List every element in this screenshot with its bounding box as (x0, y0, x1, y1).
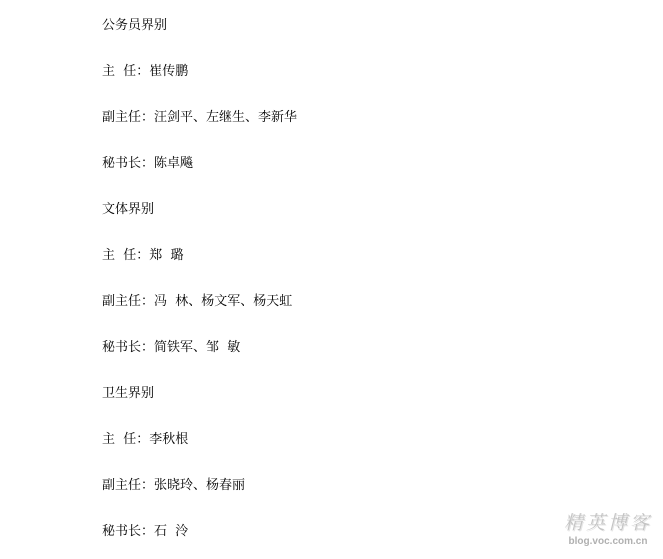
section-heading-health: 卫生界别 (102, 386, 154, 402)
secretary-general-line: 秘书长：石 泠 (102, 524, 188, 540)
secretary-general-line: 秘书长：简铁军、邹 敏 (102, 340, 240, 356)
director-line: 主 任：崔传鹏 (102, 64, 188, 80)
secretary-general-line: 秘书长：陈卓飚 (102, 156, 193, 172)
watermark-title: 精英博客 (558, 508, 658, 535)
deputy-director-line: 副主任：冯 林、杨文军、杨天虹 (102, 294, 292, 310)
section-heading-culture-sports: 文体界别 (102, 202, 154, 218)
section-heading-civil-servants: 公务员界别 (102, 18, 167, 34)
deputy-director-line: 副主任：汪剑平、左继生、李新华 (102, 110, 297, 126)
deputy-director-line: 副主任：张晓玲、杨春丽 (102, 478, 245, 494)
director-line: 主 任：李秋根 (102, 432, 188, 448)
watermark: 精英博客 blog.voc.com.cn (558, 508, 658, 547)
watermark-url: blog.voc.com.cn (558, 536, 658, 547)
director-line: 主 任：郑 璐 (102, 248, 184, 264)
